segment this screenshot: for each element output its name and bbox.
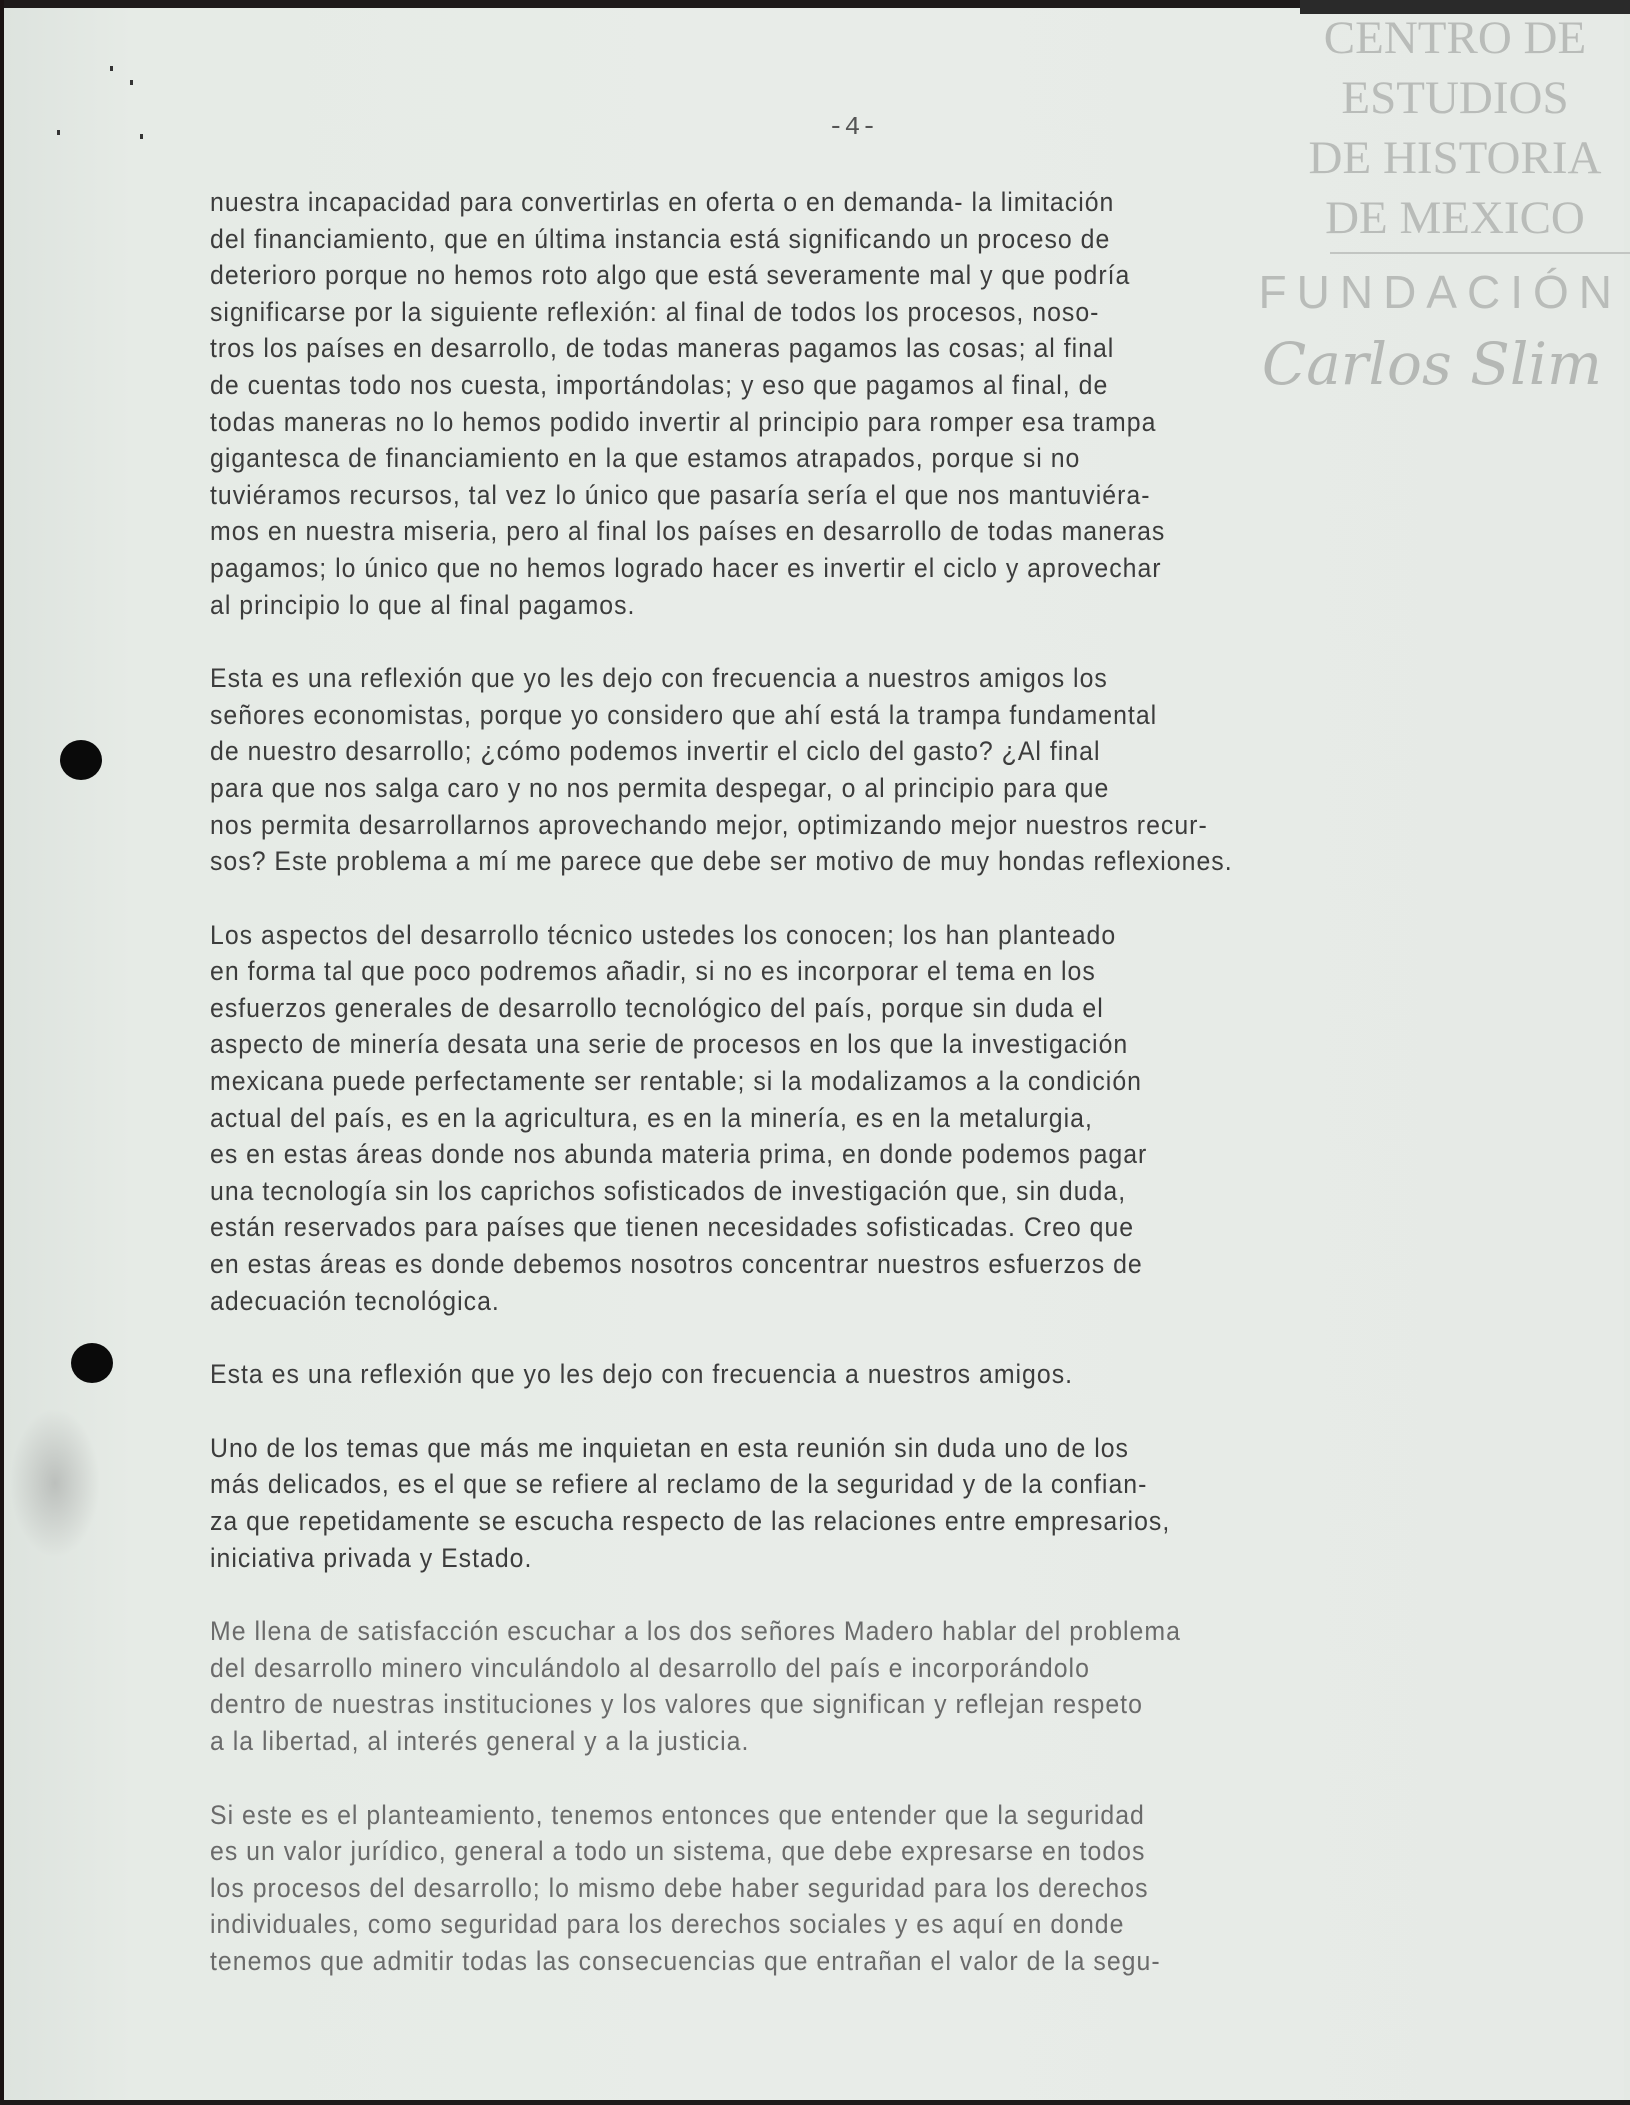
text-line: al principio lo que al final pagamos.: [210, 587, 1434, 624]
paragraph-4: Esta es una reflexión que yo les dejo co…: [210, 1356, 1434, 1393]
text-line: a la libertad, al interés general y a la…: [210, 1723, 1434, 1760]
text-line: individuales, como seguridad para los de…: [210, 1906, 1434, 1943]
speck-mark: [57, 130, 60, 135]
text-line: de cuentas todo nos cuesta, importándola…: [210, 367, 1434, 404]
text-line: iniciativa privada y Estado.: [210, 1540, 1434, 1577]
text-line: actual del país, es en la agricultura, e…: [210, 1100, 1434, 1137]
text-line: deterioro porque no hemos roto algo que …: [210, 257, 1434, 294]
text-line: za que repetidamente se escucha respecto…: [210, 1503, 1434, 1540]
speck-mark: [110, 66, 113, 71]
scan-bottom-edge: [0, 2100, 1630, 2105]
text-line: señores economistas, porque yo considero…: [210, 697, 1434, 734]
speck-mark: [130, 80, 133, 85]
watermark-line: ESTUDIOS: [1290, 68, 1620, 128]
text-line: pagamos; lo único que no hemos logrado h…: [210, 550, 1434, 587]
text-line: Uno de los temas que más me inquietan en…: [210, 1430, 1434, 1467]
text-line: Me llena de satisfacción escuchar a los …: [210, 1613, 1434, 1650]
text-line: todas maneras no lo hemos podido inverti…: [210, 404, 1434, 441]
text-line: nos permita desarrollarnos aprovechando …: [210, 807, 1434, 844]
text-line: es un valor jurídico, general a todo un …: [210, 1833, 1434, 1870]
paragraph-3: Los aspectos del desarrollo técnico uste…: [210, 917, 1434, 1320]
smudge-mark: [10, 1408, 100, 1558]
speck-mark: [140, 134, 143, 139]
document-body: nuestra incapacidad para convertirlas en…: [210, 184, 1434, 2017]
text-line: significarse por la siguiente reflexión:…: [210, 294, 1434, 331]
text-line: para que nos salga caro y no nos permita…: [210, 770, 1434, 807]
text-line: aspecto de minería desata una serie de p…: [210, 1026, 1434, 1063]
paragraph-5: Uno de los temas que más me inquietan en…: [210, 1430, 1434, 1576]
text-line: una tecnología sin los caprichos sofisti…: [210, 1173, 1434, 1210]
text-line: mos en nuestra miseria, pero al final lo…: [210, 513, 1434, 550]
text-line: Esta es una reflexión que yo les dejo co…: [210, 1356, 1434, 1393]
text-line: gigantesca de financiamiento en la que e…: [210, 440, 1434, 477]
text-line: esfuerzos generales de desarrollo tecnol…: [210, 990, 1434, 1027]
text-line: tuviéramos recursos, tal vez lo único qu…: [210, 477, 1434, 514]
text-line: en estas áreas es donde debemos nosotros…: [210, 1246, 1434, 1283]
scan-left-edge: [0, 0, 4, 2105]
paragraph-7: Si este es el planteamiento, tenemos ent…: [210, 1797, 1434, 1980]
text-line: los procesos del desarrollo; lo mismo de…: [210, 1870, 1434, 1907]
text-line: de nuestro desarrollo; ¿cómo podemos inv…: [210, 733, 1434, 770]
watermark-line: CENTRO DE: [1290, 8, 1620, 68]
text-line: del financiamiento, que en última instan…: [210, 221, 1434, 258]
text-line: es en estas áreas donde nos abunda mater…: [210, 1136, 1434, 1173]
text-line: mexicana puede perfectamente ser rentabl…: [210, 1063, 1434, 1100]
watermark-line: DE HISTORIA: [1290, 128, 1620, 188]
punch-hole-lower: [71, 1343, 113, 1383]
page-number: -4-: [828, 112, 878, 142]
text-line: están reservados para países que tienen …: [210, 1209, 1434, 1246]
text-line: tenemos que admitir todas las consecuenc…: [210, 1943, 1434, 1980]
text-line: Si este es el planteamiento, tenemos ent…: [210, 1797, 1434, 1834]
punch-hole-upper: [60, 740, 102, 780]
text-line: nuestra incapacidad para convertirlas en…: [210, 184, 1434, 221]
text-line: Los aspectos del desarrollo técnico uste…: [210, 917, 1434, 954]
text-line: más delicados, es el que se refiere al r…: [210, 1466, 1434, 1503]
text-line: Esta es una reflexión que yo les dejo co…: [210, 660, 1434, 697]
text-line: sos? Este problema a mí me parece que de…: [210, 843, 1434, 880]
text-line: dentro de nuestras instituciones y los v…: [210, 1686, 1434, 1723]
text-line: tros los países en desarrollo, de todas …: [210, 330, 1434, 367]
paragraph-2: Esta es una reflexión que yo les dejo co…: [210, 660, 1434, 880]
paragraph-6: Me llena de satisfacción escuchar a los …: [210, 1613, 1434, 1759]
text-line: en forma tal que poco podremos añadir, s…: [210, 953, 1434, 990]
text-line: adecuación tecnológica.: [210, 1283, 1434, 1320]
text-line: del desarrollo minero vinculándolo al de…: [210, 1650, 1434, 1687]
paragraph-1: nuestra incapacidad para convertirlas en…: [210, 184, 1434, 623]
